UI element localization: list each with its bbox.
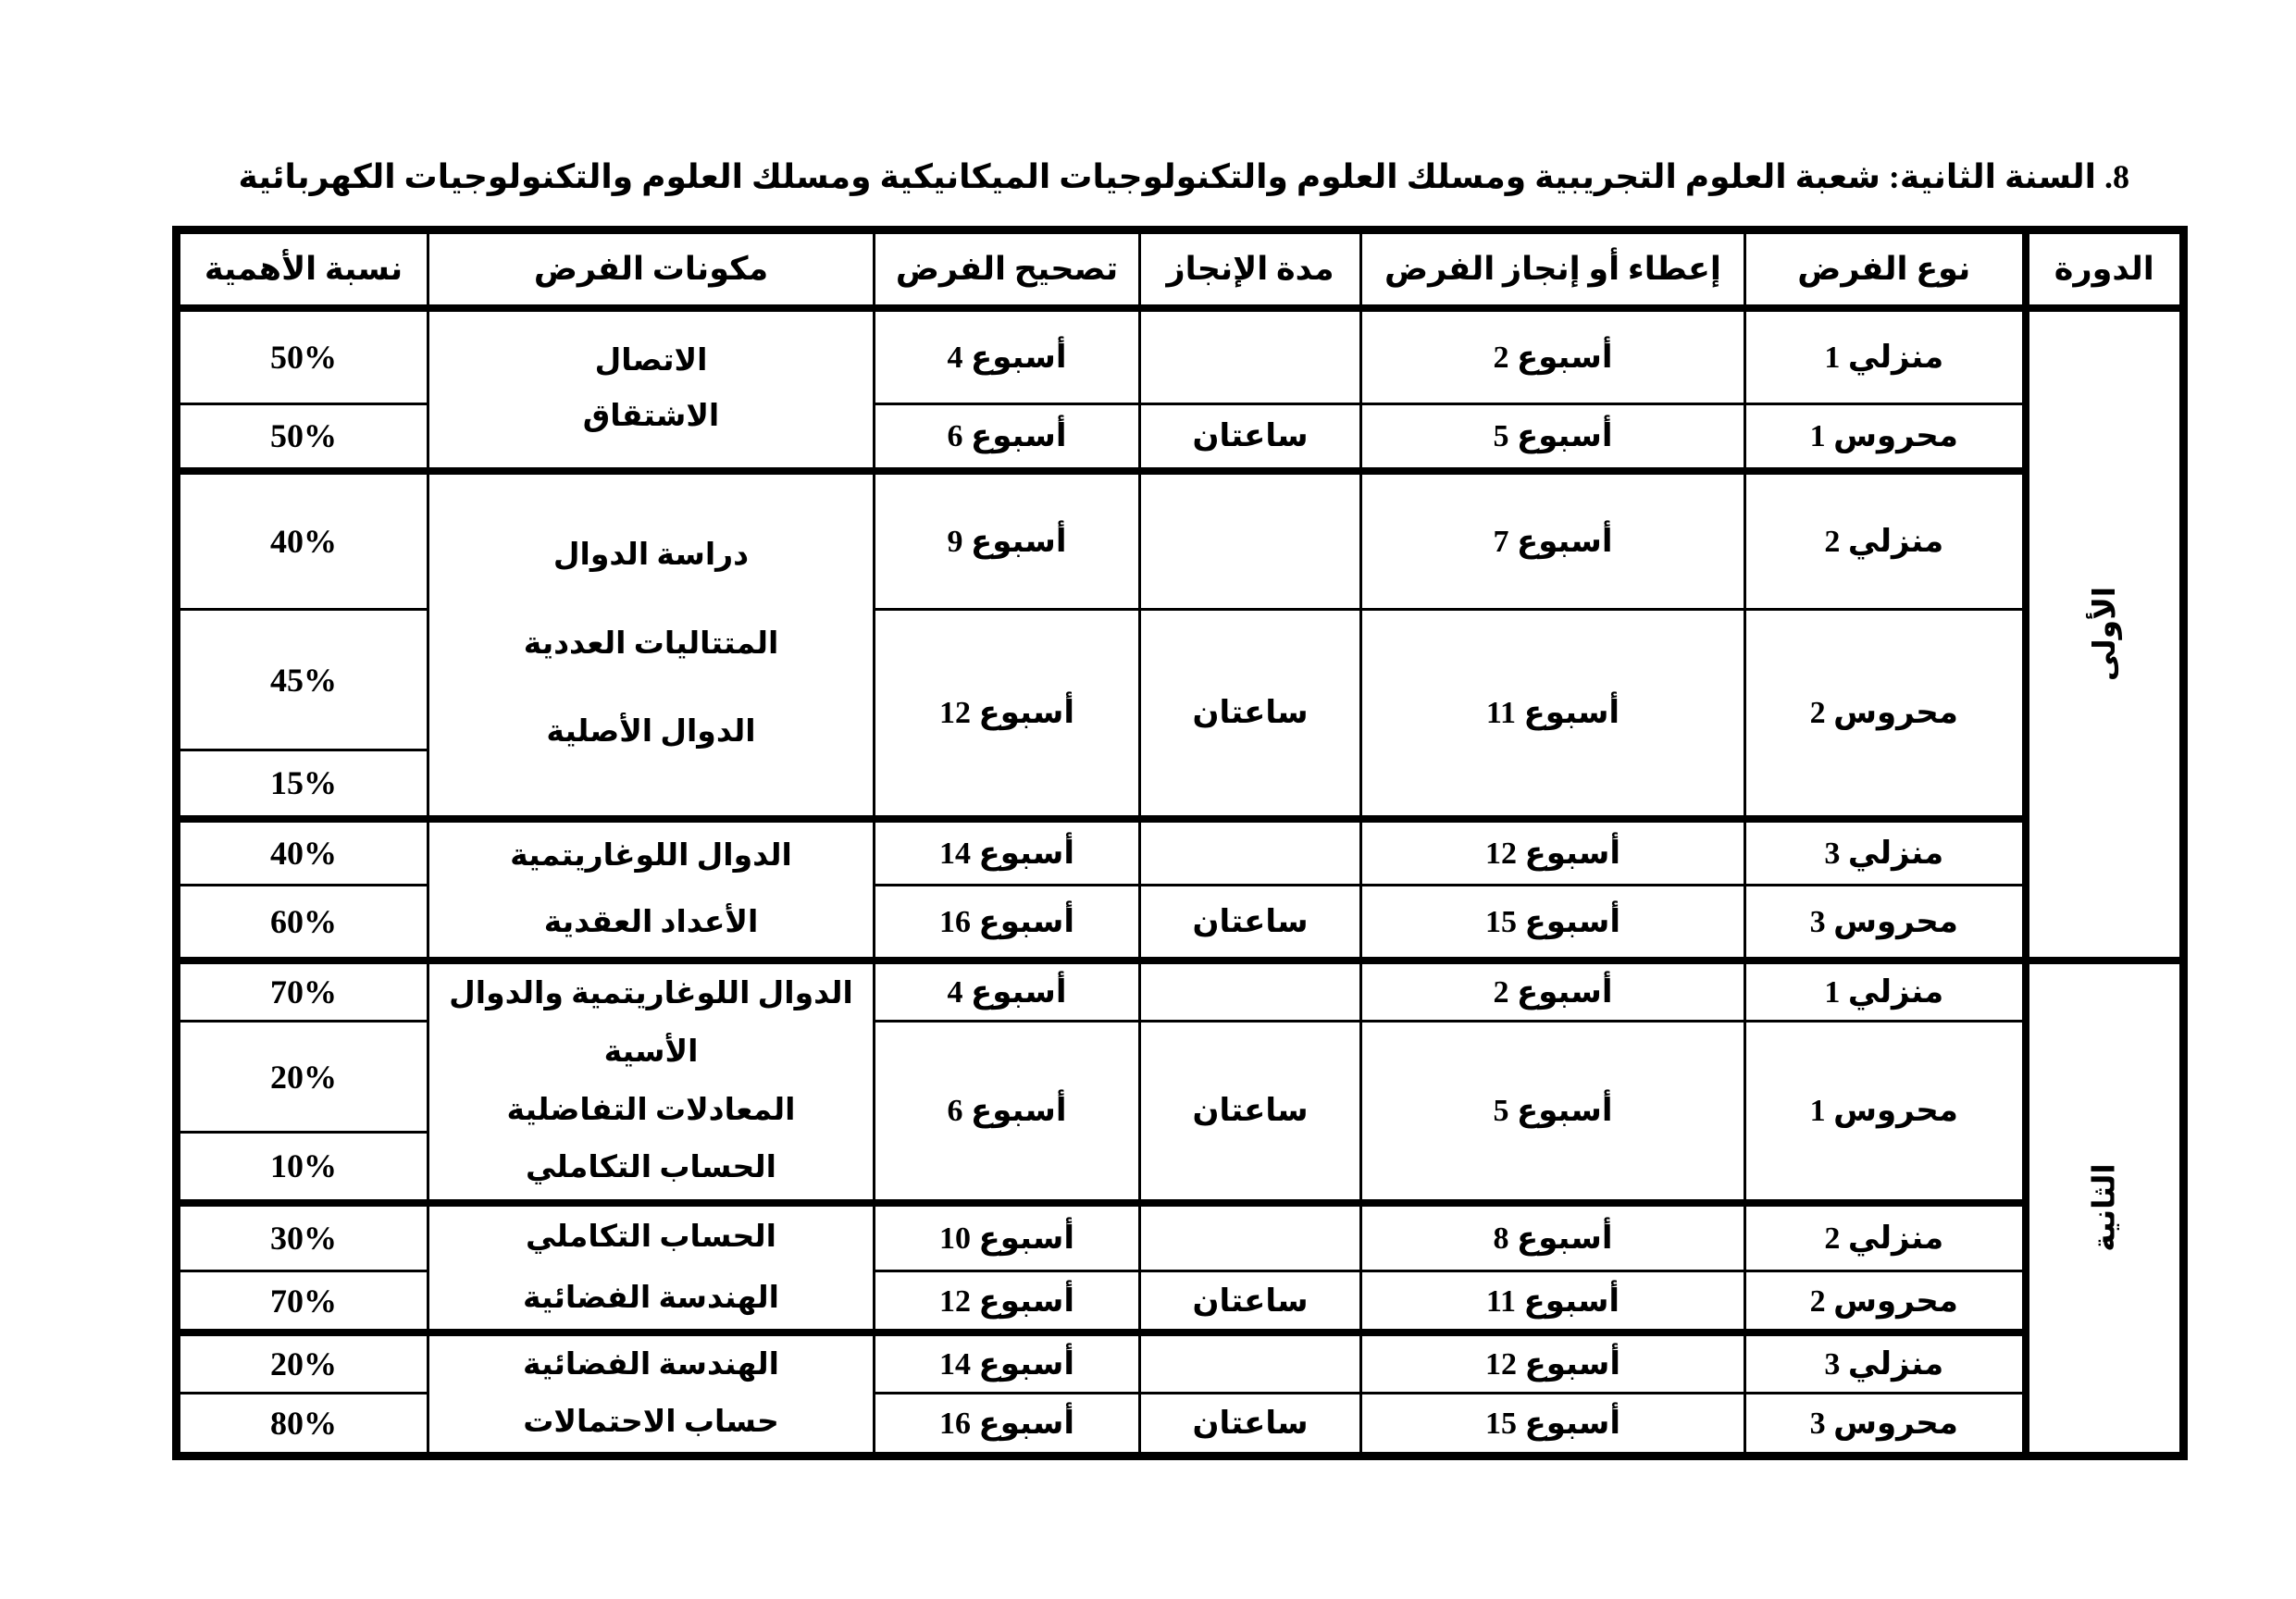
- header-row: الدورة نوع الفرض إعطاء أو إنجاز الفرض مد…: [177, 230, 2184, 308]
- weight-cell: 80%: [177, 1394, 428, 1456]
- duration-cell: [1140, 471, 1361, 610]
- correction-cell: أسبوع 9: [875, 471, 1140, 610]
- correction-cell: أسبوع 4: [875, 308, 1140, 404]
- correction-cell: أسبوع 10: [875, 1203, 1140, 1271]
- type-cell: محروس 1: [1745, 404, 2026, 471]
- components-cell: الحساب التكاملي الهندسة الفضائية: [428, 1203, 875, 1332]
- weight-cell: 20%: [177, 1332, 428, 1394]
- correction-cell: أسبوع 6: [875, 404, 1140, 471]
- assign-cell: أسبوع 8: [1361, 1203, 1745, 1271]
- weight-cell: 70%: [177, 961, 428, 1022]
- header-assign: إعطاء أو إنجاز الفرض: [1361, 230, 1745, 308]
- assign-cell: أسبوع 7: [1361, 471, 1745, 610]
- correction-cell: أسبوع 14: [875, 819, 1140, 886]
- weight-cell: 45%: [177, 610, 428, 750]
- document-page: { "page_title": "8. السنة الثانية: شعبة …: [0, 0, 2296, 1599]
- table-row: الثانية منزلي 1 أسبوع 2 أسبوع 4 الدوال ا…: [177, 961, 2184, 1022]
- type-cell: محروس 1: [1745, 1022, 2026, 1203]
- table-row: منزلي 2 أسبوع 7 أسبوع 9 دراسة الدوال الم…: [177, 471, 2184, 610]
- type-cell: محروس 2: [1745, 1271, 2026, 1332]
- term-label: الثانية: [2086, 1164, 2123, 1252]
- components-cell: دراسة الدوال المتتاليات العددية الدوال ا…: [428, 471, 875, 819]
- duration-cell: [1140, 308, 1361, 404]
- duration-cell: [1140, 961, 1361, 1022]
- type-cell: منزلي 1: [1745, 308, 2026, 404]
- header-type: نوع الفرض: [1745, 230, 2026, 308]
- components-cell: الدوال اللوغاريتمية والدوال الأسية المعا…: [428, 961, 875, 1203]
- term-cell: الثانية: [2026, 961, 2184, 1456]
- table-row: منزلي 3 أسبوع 12 أسبوع 14 الهندسة الفضائ…: [177, 1332, 2184, 1394]
- assign-cell: أسبوع 15: [1361, 1394, 1745, 1456]
- duration-cell: ساعتان: [1140, 886, 1361, 961]
- assign-cell: أسبوع 11: [1361, 610, 1745, 819]
- type-cell: منزلي 1: [1745, 961, 2026, 1022]
- header-weight: نسبة الأهمية: [177, 230, 428, 308]
- weight-cell: 40%: [177, 819, 428, 886]
- type-cell: محروس 2: [1745, 610, 2026, 819]
- header-components: مكونات الفرض: [428, 230, 875, 308]
- weight-cell: 20%: [177, 1022, 428, 1133]
- components-cell: الدوال اللوغاريتمية الأعداد العقدية: [428, 819, 875, 961]
- weight-cell: 50%: [177, 404, 428, 471]
- weight-cell: 30%: [177, 1203, 428, 1271]
- duration-cell: ساعتان: [1140, 1271, 1361, 1332]
- assign-cell: أسبوع 12: [1361, 819, 1745, 886]
- correction-cell: أسبوع 12: [875, 1271, 1140, 1332]
- type-cell: محروس 3: [1745, 1394, 2026, 1456]
- weight-cell: 10%: [177, 1133, 428, 1203]
- correction-cell: أسبوع 4: [875, 961, 1140, 1022]
- correction-cell: أسبوع 6: [875, 1022, 1140, 1203]
- weight-cell: 60%: [177, 886, 428, 961]
- duration-cell: [1140, 819, 1361, 886]
- header-term: الدورة: [2026, 230, 2184, 308]
- duration-cell: ساعتان: [1140, 404, 1361, 471]
- table-row: الأولى منزلي 1 أسبوع 2 أسبوع 4 الاتصال ا…: [177, 308, 2184, 404]
- type-cell: منزلي 3: [1745, 819, 2026, 886]
- correction-cell: أسبوع 16: [875, 1394, 1140, 1456]
- correction-cell: أسبوع 16: [875, 886, 1140, 961]
- components-cell: الاتصال الاشتقاق: [428, 308, 875, 471]
- components-cell: الهندسة الفضائية حساب الاحتمالات: [428, 1332, 875, 1456]
- assign-cell: أسبوع 2: [1361, 961, 1745, 1022]
- duration-cell: [1140, 1203, 1361, 1271]
- type-cell: منزلي 2: [1745, 1203, 2026, 1271]
- header-correction: تصحيح الفرض: [875, 230, 1140, 308]
- weight-cell: 50%: [177, 308, 428, 404]
- correction-cell: أسبوع 14: [875, 1332, 1140, 1394]
- duration-cell: ساعتان: [1140, 1394, 1361, 1456]
- assign-cell: أسبوع 2: [1361, 308, 1745, 404]
- term-cell: الأولى: [2026, 308, 2184, 961]
- assessment-schedule-table: الدورة نوع الفرض إعطاء أو إنجاز الفرض مد…: [172, 226, 2188, 1460]
- assign-cell: أسبوع 5: [1361, 404, 1745, 471]
- assign-cell: أسبوع 12: [1361, 1332, 1745, 1394]
- duration-cell: [1140, 1332, 1361, 1394]
- header-duration: مدة الإنجاز: [1140, 230, 1361, 308]
- term-label: الأولى: [2086, 587, 2123, 681]
- weight-cell: 40%: [177, 471, 428, 610]
- assign-cell: أسبوع 15: [1361, 886, 1745, 961]
- table-row: منزلي 3 أسبوع 12 أسبوع 14 الدوال اللوغار…: [177, 819, 2184, 886]
- weight-cell: 15%: [177, 750, 428, 819]
- weight-cell: 70%: [177, 1271, 428, 1332]
- page-title: 8. السنة الثانية: شعبة العلوم التجريبية …: [0, 157, 2129, 196]
- correction-cell: أسبوع 12: [875, 610, 1140, 819]
- duration-cell: ساعتان: [1140, 610, 1361, 819]
- type-cell: منزلي 2: [1745, 471, 2026, 610]
- type-cell: محروس 3: [1745, 886, 2026, 961]
- assign-cell: أسبوع 11: [1361, 1271, 1745, 1332]
- duration-cell: ساعتان: [1140, 1022, 1361, 1203]
- type-cell: منزلي 3: [1745, 1332, 2026, 1394]
- table-row: منزلي 2 أسبوع 8 أسبوع 10 الحساب التكاملي…: [177, 1203, 2184, 1271]
- assign-cell: أسبوع 5: [1361, 1022, 1745, 1203]
